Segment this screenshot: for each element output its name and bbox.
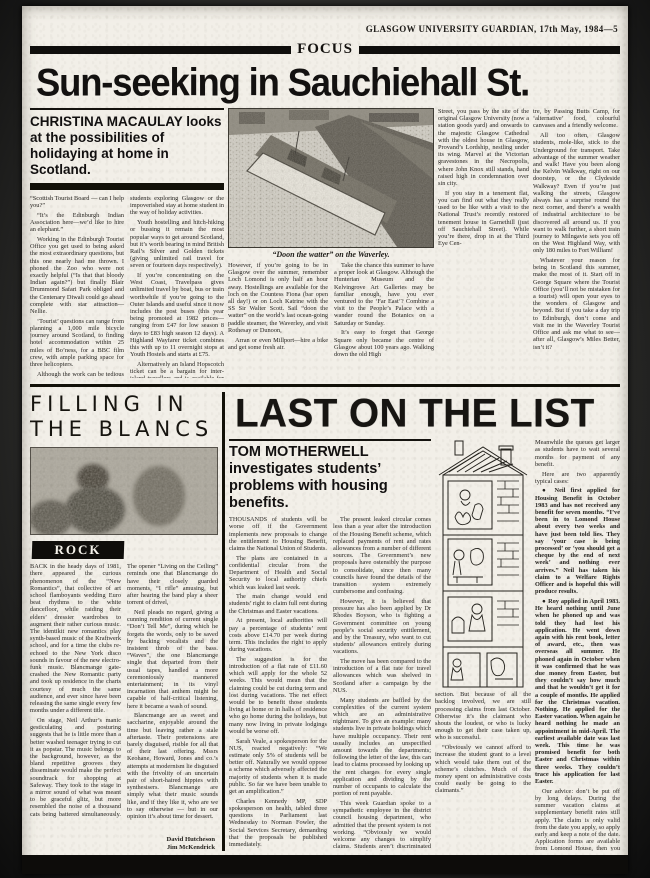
focus-section-label: FOCUS — [297, 41, 353, 58]
lead-intro-block: CHRISTINA MACAULAY looks at the possibil… — [30, 108, 224, 378]
housing-standfirst: TOM MOTHERWELL investigates students’ pr… — [229, 439, 431, 512]
article-paragraph: However, it is believed that pressure ha… — [333, 598, 431, 656]
band-photo-illustration — [31, 448, 217, 534]
article-paragraph: Our advice: don’t be put off by long del… — [535, 788, 620, 851]
newspaper-page: GLASGOW UNIVERSITY GUARDIAN, 17th May, 1… — [22, 6, 628, 874]
housing-article-body: TOM MOTHERWELL investigates students’ pr… — [229, 439, 620, 851]
article-paragraph: “Obviously we cannot afford to increase … — [435, 744, 531, 794]
article-paragraph: ‘Tourist’ questions can range from plann… — [30, 318, 124, 368]
article-paragraph: Working in the Edinburgh Tourist Office … — [30, 236, 124, 315]
focus-banner: FOCUS — [30, 41, 620, 58]
lead-article: CHRISTINA MACAULAY looks at the possibil… — [30, 108, 620, 378]
lead-column-5: Street, you pass by the site of the orig… — [438, 108, 529, 378]
lead-photo-block: “Doon the watter” on the Waverley. Howev… — [228, 108, 434, 378]
article-paragraph: Youth hostelling and hitch-hiking or bus… — [130, 219, 224, 269]
article-paragraph: All too often, Glasgow students, mole-li… — [533, 132, 620, 254]
article-paragraph: The plans are contained in a confidentia… — [229, 555, 327, 591]
intro-top-rule — [30, 108, 224, 110]
article-paragraph: ● Roy applied in April 1983. He heard no… — [535, 598, 620, 785]
article-paragraph: Take the chance this summer to have a pr… — [334, 262, 434, 327]
article-paragraph: Neil pleads no regard, giving a cunning … — [127, 609, 218, 710]
article-paragraph: This week Guardian spoke to a sympatheti… — [333, 800, 431, 851]
band-photo — [30, 447, 218, 535]
housing-headline: LAST ON THE LIST — [235, 392, 616, 437]
banner-rule-left — [30, 46, 291, 54]
article-paragraph: THOUSANDS of students will be worse off … — [229, 516, 327, 552]
tenement-cartoon-illustration — [435, 439, 531, 691]
article-paragraph: Meanwhile the queues get larger as stude… — [535, 439, 620, 468]
article-paragraph: Many students are baffled by the complex… — [333, 697, 431, 798]
article-paragraph: Alternatively an Island Hopscotch ticket… — [130, 361, 224, 378]
article-paragraph: Blancmange are as sweet and saccharine, … — [127, 712, 218, 820]
article-paragraph: If you’re concentrating on the West Coas… — [130, 272, 224, 358]
lead-standfirst: CHRISTINA MACAULAY looks at the possibil… — [30, 114, 224, 178]
byline-1: David Hutcheson — [30, 836, 215, 844]
housing-left-pane: TOM MOTHERWELL investigates students’ pr… — [229, 439, 431, 851]
lead-column-6: tre, by Passing Butts Camp, for ‘alterna… — [533, 108, 620, 378]
housing-under-cartoon-column: section. But because of all the backlog … — [435, 691, 531, 797]
housing-main-columns: THOUSANDS of students will be worse off … — [229, 516, 431, 851]
bottom-sections: FILLING IN THE BLANCS ROCK BACK in t — [30, 392, 620, 851]
housing-article-section: LAST ON THE LIST TOM MOTHERWELL investig… — [229, 392, 620, 851]
steamer-photo-illustration — [229, 109, 433, 247]
article-paragraph: section. But because of all the backlog … — [435, 691, 531, 741]
article-paragraph: The present leaked circular comes less t… — [333, 516, 431, 595]
masthead: GLASGOW UNIVERSITY GUARDIAN, 17th May, 1… — [30, 24, 620, 34]
article-paragraph: If you stay in a tenement flat, you can … — [438, 190, 529, 248]
lead-headline: Sun-seeking in Sauchiehall St. — [36, 61, 611, 105]
photo-caption: “Doon the watter” on the Waverley. — [228, 250, 434, 259]
vertical-section-rule — [222, 392, 225, 851]
tenement-cartoon — [435, 439, 531, 691]
rock-bylines: David Hutcheson Jim McKendrick — [30, 836, 218, 851]
banner-rule-right — [359, 46, 620, 54]
article-paragraph: At present, local authorities will pay a… — [229, 617, 327, 653]
article-paragraph: However, if you’re going to be in Glasgo… — [228, 262, 328, 334]
footer-rule-bar — [22, 855, 628, 874]
housing-right-column: Meanwhile the queues get larger as stude… — [535, 439, 620, 851]
article-paragraph: Charles Kennedy MP, SDP spokesperson on … — [229, 798, 327, 848]
article-paragraph: Arran or even Millport—hire a bike and g… — [228, 337, 328, 351]
rock-review-section: FILLING IN THE BLANCS ROCK BACK in t — [30, 392, 218, 851]
intro-bottom-bar — [30, 183, 224, 190]
article-paragraph: Whatever your reason for being in Scotla… — [533, 257, 620, 351]
article-paragraph: Street, you pass by the site of the orig… — [438, 108, 529, 187]
rock-review-columns: BACK in the heady days of 1981, there ap… — [30, 563, 218, 835]
article-paragraph: Sarah Veale, a spokesperson for the NUS,… — [229, 738, 327, 796]
byline-2: Jim McKendrick — [30, 844, 215, 852]
article-paragraph: “It’s the Edinburgh Indian Association h… — [30, 212, 124, 234]
article-paragraph: tre, by Passing Butts Camp, for ‘alterna… — [533, 108, 620, 130]
housing-cartoon-pane: section. But because of all the backlog … — [435, 439, 531, 851]
article-paragraph: The move has been compared to the introd… — [333, 658, 431, 694]
article-paragraph: ● Neil first applied for Housing Benefit… — [535, 487, 620, 595]
article-paragraph: Here are two apparently typical cases: — [535, 471, 620, 485]
article-paragraph: The suggestion is for the introduction o… — [229, 656, 327, 735]
waverley-photo — [228, 108, 434, 248]
article-paragraph: The main change would end students’ righ… — [229, 593, 327, 615]
lead-columns-1-2: “Scottish Tourist Board — can I help you… — [30, 195, 224, 378]
article-paragraph: BACK in the heady days of 1981, there ap… — [30, 563, 121, 714]
article-paragraph: “Scottish Tourist Board — can I help you… — [30, 195, 124, 209]
rock-headline-line1: FILLING IN — [30, 392, 218, 417]
lead-columns-3-4: However, if you’re going to be in Glasgo… — [228, 262, 434, 378]
section-divider-rule — [30, 384, 620, 387]
rock-headline-line2: THE BLANCS — [30, 417, 218, 442]
article-paragraph: It’s easy to forget that George Square o… — [334, 329, 434, 358]
rock-section-badge: ROCK — [32, 541, 125, 559]
